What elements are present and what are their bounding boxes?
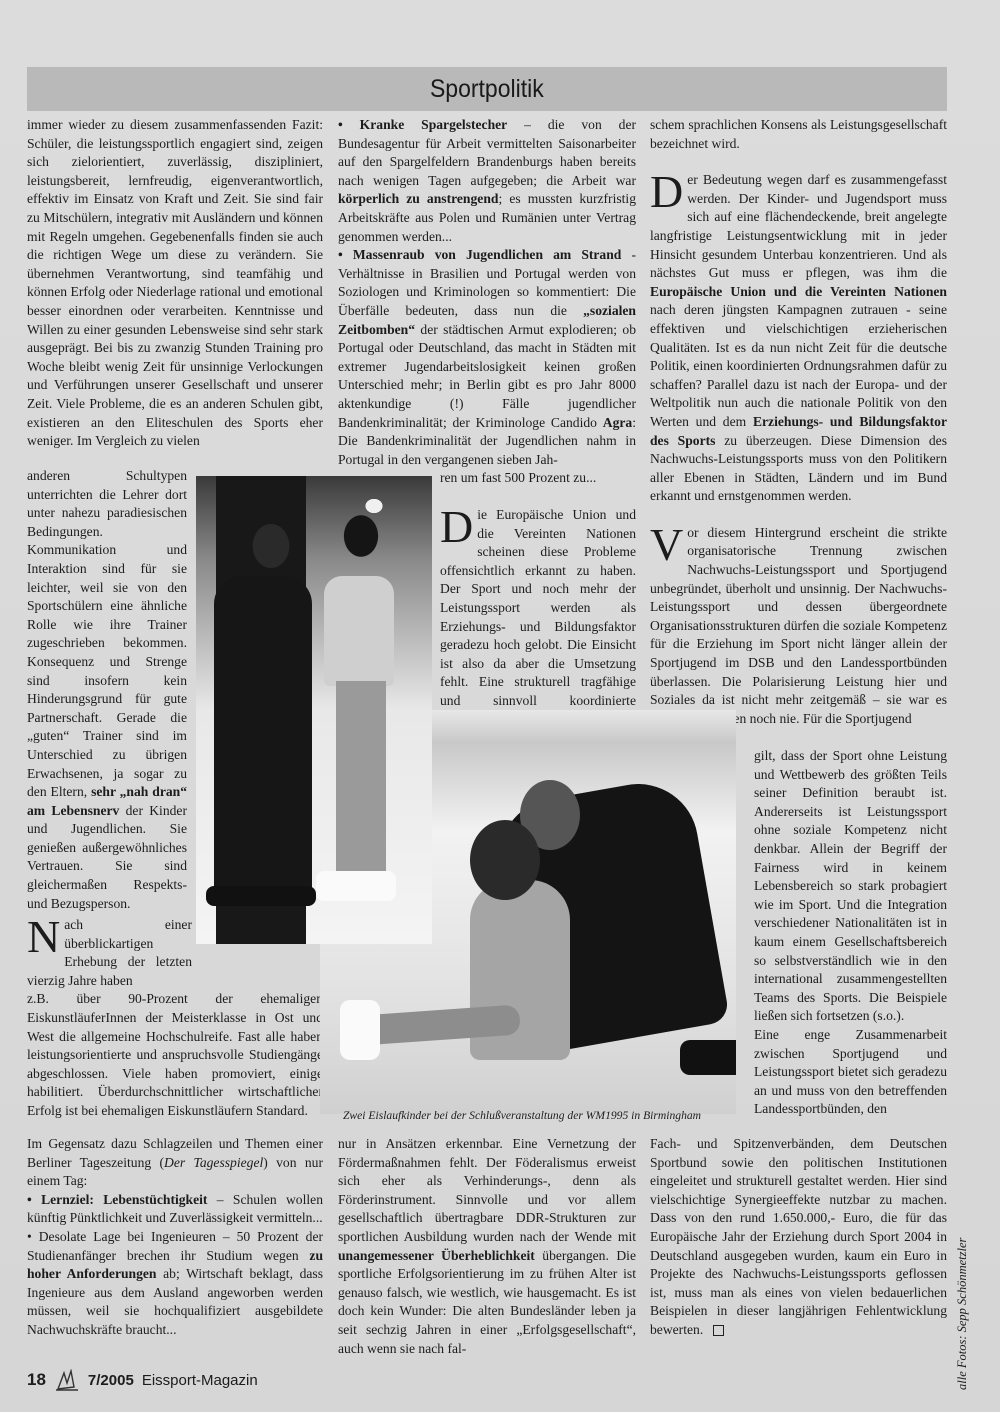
column-3-top: schem sprachlichen Konsens als Leistungs…	[650, 116, 947, 728]
paragraph: anderen Schultypen unterrichten die Lehr…	[27, 467, 187, 913]
drop-cap: D	[440, 509, 473, 545]
issue-number: 7/2005	[88, 1372, 134, 1389]
page-number: 18	[27, 1370, 46, 1390]
paragraph: Der Bedeutung wegen darf es zusammengefa…	[650, 171, 947, 506]
column-1-para2: N ach einer überblickartigen Erhebung de…	[27, 916, 323, 1121]
paragraph: Im Gegensatz dazu Schlagzeilen und Theme…	[27, 1135, 323, 1191]
drop-cap: D	[650, 174, 683, 210]
section-header: Sportpolitik	[27, 67, 947, 111]
bullet-item: • Lernziel: Lebenstüchtigkeit – Schulen …	[27, 1191, 323, 1228]
bullet-item: • Massenraub von Jugendlichen am Strand …	[338, 246, 636, 469]
paragraph: nur in Ansätzen erkennbar. Eine Vernetzu…	[338, 1135, 636, 1358]
paragraph: schem sprachlichen Konsens als Leistungs…	[650, 116, 947, 153]
bullet-item: • Desolate Lage bei Ingenieuren – 50 Pro…	[27, 1228, 323, 1340]
paragraph: Fach- und Spitzenverbänden, dem Deutsche…	[650, 1135, 947, 1340]
end-mark-icon	[713, 1325, 724, 1336]
magazine-page: Sportpolitik immer wieder zu diesem zusa…	[0, 0, 1000, 1412]
paragraph: z.B. über 90-Prozent der ehemaligen Eisk…	[27, 990, 323, 1120]
drop-cap: V	[650, 527, 683, 563]
bullet-item: • Kranke Spargelstecher – die von der Bu…	[338, 116, 636, 246]
skater-logo-icon	[54, 1369, 80, 1391]
column-1-narrow: anderen Schultypen unterrichten die Lehr…	[27, 467, 187, 913]
column-2-bottom: nur in Ansätzen erkennbar. Eine Vernetzu…	[338, 1135, 636, 1358]
photo-credit: alle Fotos: Sepp Schönmetzler	[955, 1238, 970, 1390]
column-3-narrow: gilt, dass der Sport ohne Leistung und W…	[754, 747, 947, 1119]
column-1-top: immer wieder zu diesem zusammenfassenden…	[27, 116, 323, 451]
magazine-name: Eissport-Magazin	[142, 1372, 258, 1389]
page-footer: 18 7/2005 Eissport-Magazin	[27, 1369, 258, 1391]
column-2-top: • Kranke Spargelstecher – die von der Bu…	[338, 116, 636, 469]
photo-caption: Zwei Eislaufkinder bei der Schlußveranst…	[312, 1109, 732, 1122]
column-2-bullet-end: ren um fast 500 Prozent zu...	[440, 469, 636, 488]
column-3-bottom: Fach- und Spitzenverbänden, dem Deutsche…	[650, 1135, 947, 1340]
section-title: Sportpolitik	[430, 75, 544, 104]
drop-cap: N	[27, 919, 60, 955]
paragraph: Vor diesem Hintergrund erscheint die str…	[650, 524, 947, 729]
paragraph: immer wieder zu diesem zusammenfassenden…	[27, 116, 323, 451]
column-1-bottom: Im Gegensatz dazu Schlagzeilen und Theme…	[27, 1135, 323, 1340]
paragraph: Eine enge Zusammenarbeit zwischen Sportj…	[754, 1026, 947, 1119]
paragraph: gilt, dass der Sport ohne Leistung und W…	[754, 747, 947, 1026]
photo-skaters-standing	[196, 476, 432, 944]
